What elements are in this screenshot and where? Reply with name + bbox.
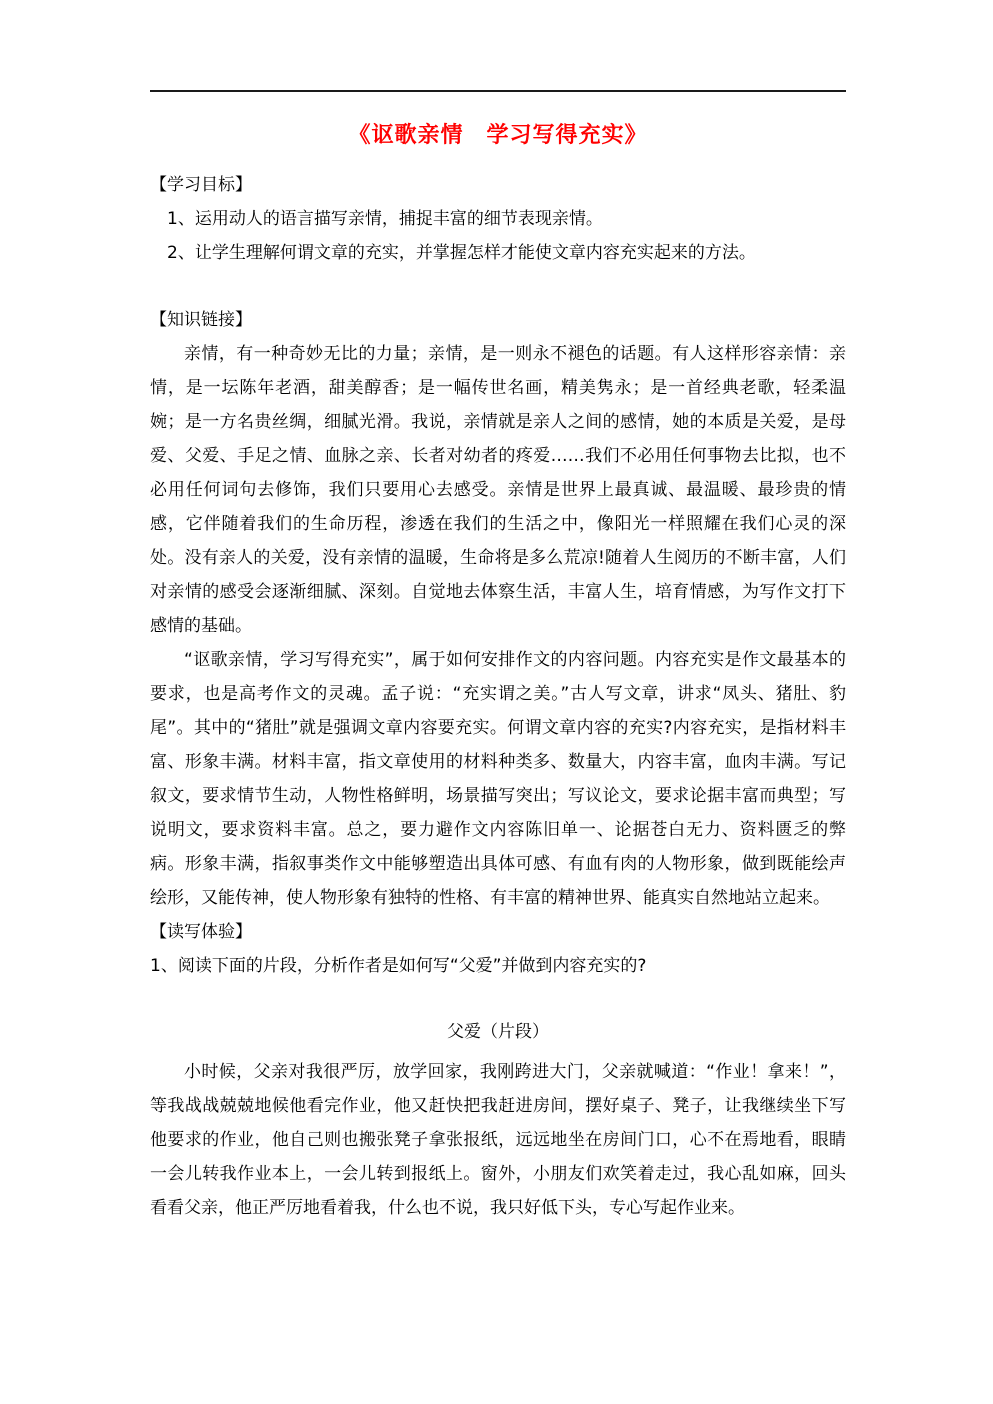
header-rule bbox=[150, 90, 846, 92]
fragment-text: 小时候，父亲对我很严厉，放学回家，我刚跨进大门，父亲就喊道：“作业！拿来！”，等… bbox=[150, 1055, 846, 1225]
knowledge-paragraph-2: “讴歌亲情，学习写得充实”，属于如何安排作文的内容问题。内容充实是作文最基本的要… bbox=[150, 643, 846, 915]
fragment-title: 父爱（片段） bbox=[150, 1015, 846, 1049]
knowledge-heading: 【知识链接】 bbox=[150, 303, 846, 337]
practice-heading: 【读写体验】 bbox=[150, 915, 846, 949]
practice-question: 1、阅读下面的片段，分析作者是如何写“父爱”并做到内容充实的? bbox=[150, 949, 846, 983]
objectives-heading: 【学习目标】 bbox=[150, 168, 846, 202]
objective-item-2: 2、让学生理解何谓文章的充实，并掌握怎样才能使文章内容充实起来的方法。 bbox=[150, 236, 846, 270]
document-page: 《讴歌亲情 学习写得充实》 【学习目标】 1、运用动人的语言描写亲情，捕捉丰富的… bbox=[0, 0, 993, 1404]
document-content: 《讴歌亲情 学习写得充实》 【学习目标】 1、运用动人的语言描写亲情，捕捉丰富的… bbox=[150, 0, 846, 1225]
knowledge-paragraph-1: 亲情，有一种奇妙无比的力量；亲情，是一则永不褪色的话题。有人这样形容亲情：亲情，… bbox=[150, 337, 846, 643]
document-title: 《讴歌亲情 学习写得充实》 bbox=[150, 121, 846, 151]
objective-item-1: 1、运用动人的语言描写亲情，捕捉丰富的细节表现亲情。 bbox=[150, 202, 846, 236]
